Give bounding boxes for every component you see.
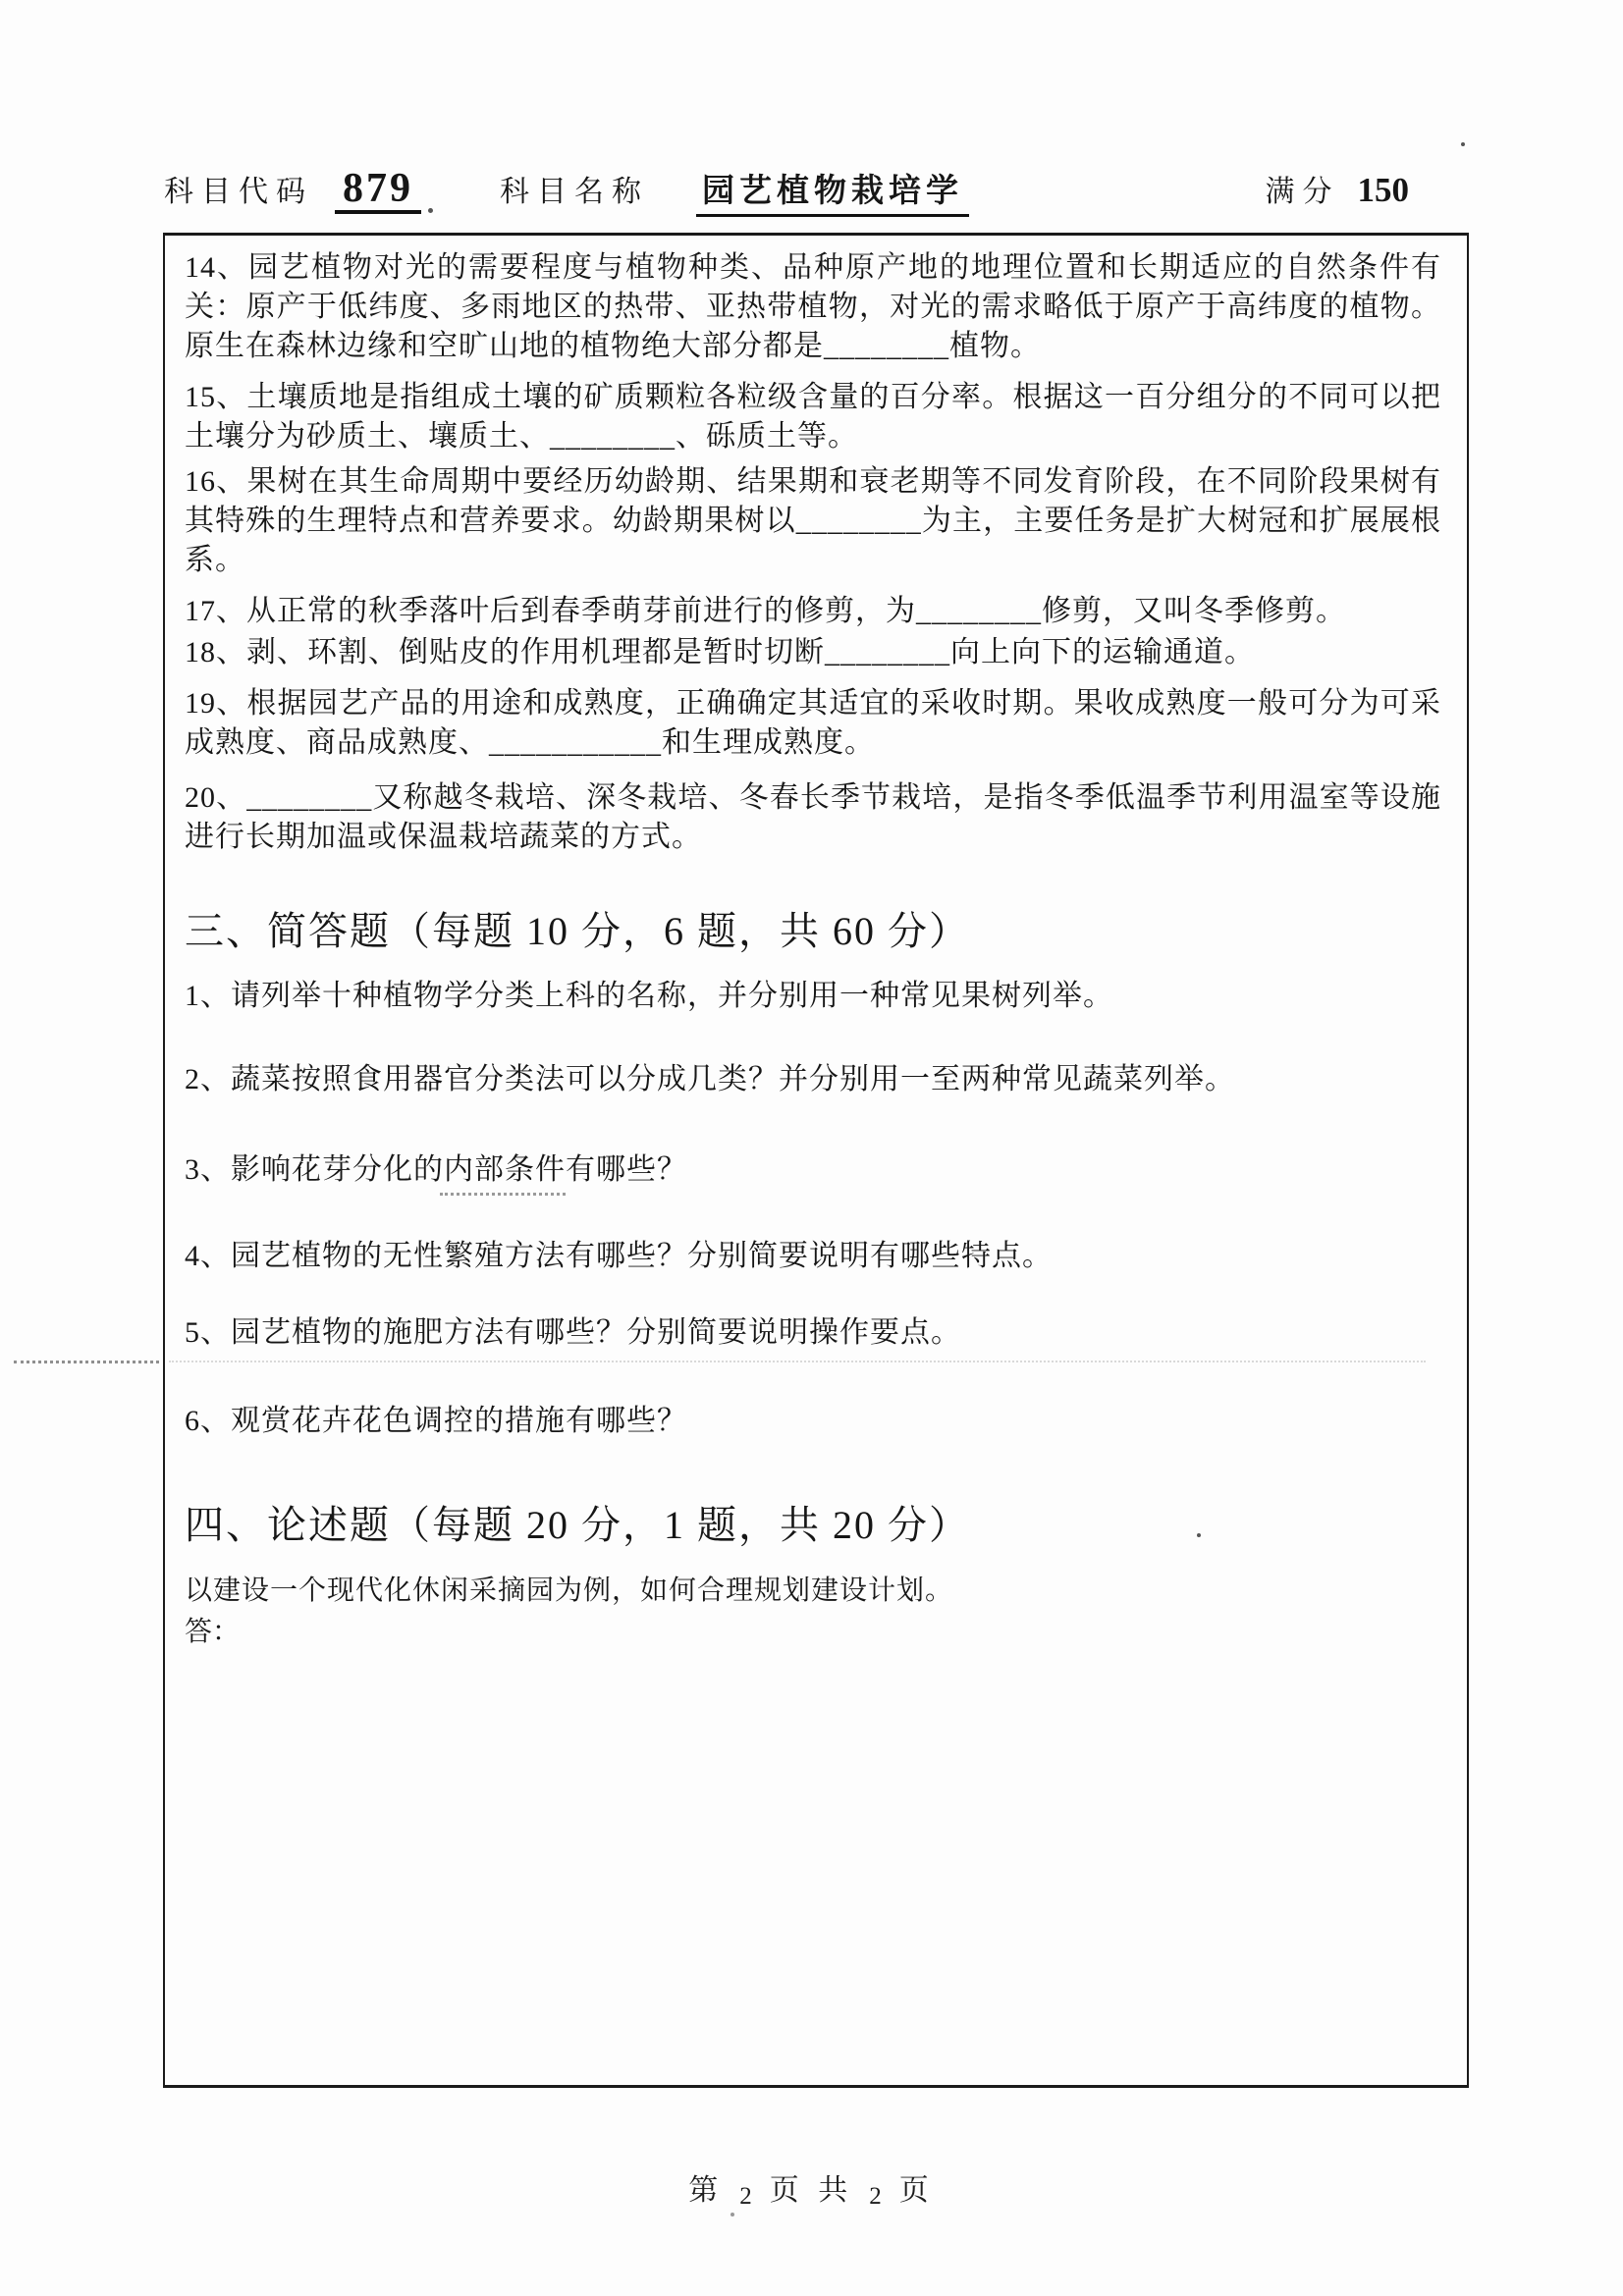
fill-blank-question-18: 18、剥、环割、倒贴皮的作用机理都是暂时切断________向上向下的运输通道。 — [185, 633, 1441, 672]
scan-speck — [428, 208, 433, 213]
short-answer-question-2: 2、蔬菜按照食用器官分类法可以分成几类？并分别用一至两种常见蔬菜列举。 — [185, 1060, 1441, 1099]
subject-code-value: 879 — [335, 168, 421, 214]
essay-answer-label: 答： — [185, 1614, 1441, 1651]
scan-speck — [1461, 142, 1465, 146]
footer-prefix: 第 — [688, 2174, 724, 2207]
short-answer-question-5: 5、园艺植物的施肥方法有哪些？分别简要说明操作要点。 — [185, 1313, 1441, 1353]
section3-heading: 三、简答题（每题 10 分，6 题，共 60 分） — [185, 906, 1441, 957]
question-content-box: 14、园艺植物对光的需要程度与植物种类、品种原产地的地理位置和长期适应的自然条件… — [163, 233, 1469, 2088]
footer-suffix: 页 — [899, 2174, 935, 2207]
page-footer: 第2页 共2页 — [0, 2165, 1623, 2209]
fill-blank-question-17: 17、从正常的秋季落叶后到春季萌芽前进行的修剪，为________修剪，又叫冬季… — [185, 592, 1441, 631]
scan-artifact-dotted-line-inner — [169, 1361, 1426, 1362]
full-score-value: 150 — [1358, 171, 1410, 209]
fill-blank-question-19: 19、根据园艺产品的用途和成熟度，正确确定其适宜的采收时期。果收成熟度一般可分为… — [185, 684, 1441, 763]
short-answer-question-4: 4、园艺植物的无性繁殖方法有哪些？分别简要说明有哪些特点。 — [185, 1237, 1441, 1276]
full-score-label: 满分 — [1266, 176, 1340, 208]
fill-blank-question-15: 15、土壤质地是指组成土壤的矿质颗粒各粒级含量的百分率。根据这一百分组分的不同可… — [185, 378, 1441, 456]
scan-artifact-dotted-line-q3 — [440, 1193, 566, 1196]
short-answer-question-1: 1、请列举十种植物学分类上科的名称，并分别用一种常见果树列举。 — [185, 977, 1441, 1016]
short-answer-question-6: 6、观赏花卉花色调控的措施有哪些？ — [185, 1402, 1441, 1441]
full-score-group: 满分 150 — [1266, 167, 1410, 210]
subject-name-label: 科目名称 — [500, 167, 649, 210]
fill-blank-question-20: 20、________又称越冬栽培、深冬栽培、冬春长季节栽培，是指冬季低温季节利… — [185, 778, 1441, 857]
section4-heading: 四、论述题（每题 20 分，1 题，共 20 分） — [185, 1500, 1441, 1551]
fill-blank-question-16: 16、果树在其生命周期中要经历幼龄期、结果期和衰老期等不同发育阶段，在不同阶段果… — [185, 462, 1441, 580]
footer-middle: 页 共 — [770, 2174, 854, 2207]
fill-blank-question-14: 14、园艺植物对光的需要程度与植物种类、品种原产地的地理位置和长期适应的自然条件… — [185, 248, 1441, 366]
essay-question: 以建设一个现代化休闲采摘园为例，如何合理规划建设计划。 — [185, 1573, 1441, 1610]
exam-header: 科目代码 879 科目名称 园艺植物栽培学 满分 150 — [164, 165, 1470, 217]
scan-speck — [1197, 1533, 1201, 1537]
footer-page-number: 2 — [739, 2183, 754, 2210]
scan-artifact-dotted-line-left — [14, 1361, 159, 1363]
exam-paper-page: 科目代码 879 科目名称 园艺植物栽培学 满分 150 14、园艺植物对光的需… — [0, 0, 1623, 2296]
subject-code-label: 科目代码 — [164, 167, 313, 210]
scan-speck — [730, 2213, 734, 2216]
short-answer-question-3: 3、影响花芽分化的内部条件有哪些？ — [185, 1150, 1441, 1190]
footer-total-pages: 2 — [869, 2183, 884, 2210]
subject-name-value: 园艺植物栽培学 — [696, 165, 969, 217]
